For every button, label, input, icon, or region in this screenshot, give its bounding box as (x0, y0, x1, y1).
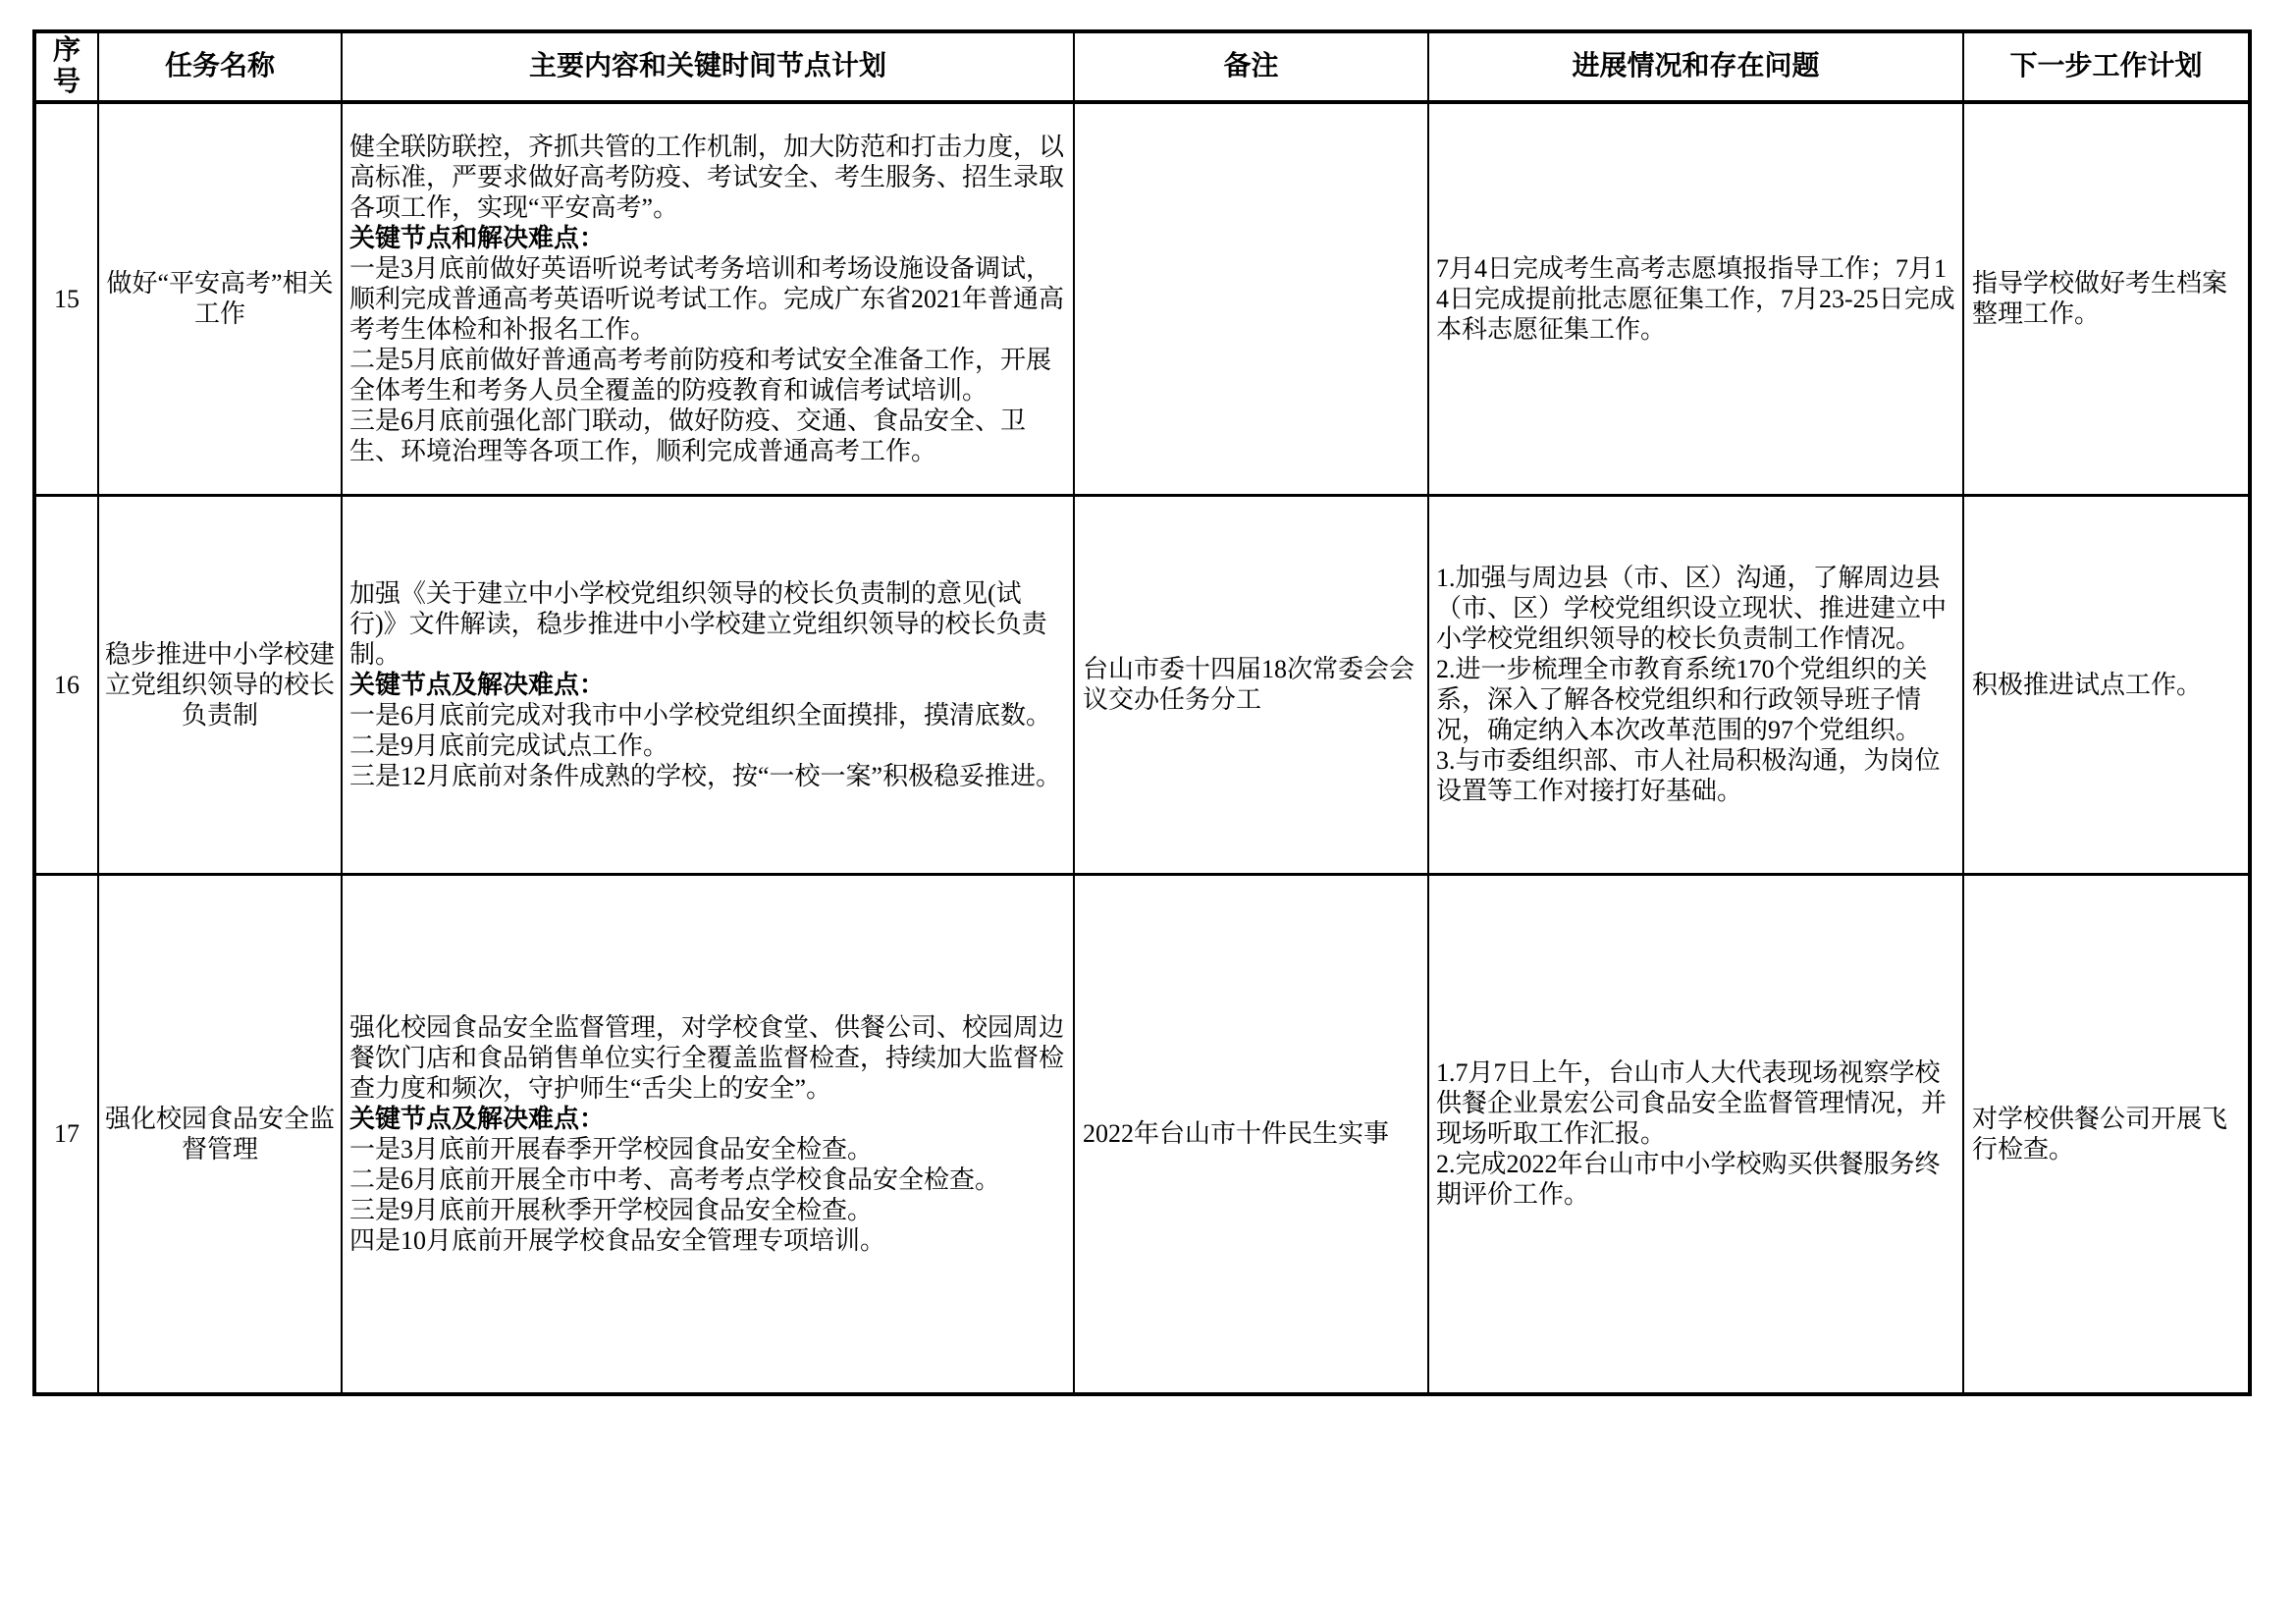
paragraph: 2.进一步梳理全市教育系统170个党组织的关系，深入了解各校党组织和行政领导班子… (1436, 654, 1955, 745)
row-17-task-name: 强化校园食品安全监督管理 (98, 874, 342, 1394)
header-cell-main-content: 主要内容和关键时间节点计划 (342, 31, 1074, 102)
table-row-16: 16 稳步推进中小学校建立党组织领导的校长负责制 加强《关于建立中小学校党组织领… (34, 495, 2250, 874)
paragraph: 一是3月底前开展春季开学校园食品安全检查。 (349, 1134, 1066, 1164)
row-17-index: 17 (34, 874, 98, 1394)
paragraph: 二是5月底前做好普通高考考前防疫和考试安全准备工作，开展全体考生和考务人员全覆盖… (349, 345, 1066, 406)
key-points-heading: 关键节点和解决难点： (349, 223, 1066, 253)
paragraph: 四是10月底前开展学校食品安全管理专项培训。 (349, 1225, 1066, 1256)
header-cell-task-name: 任务名称 (98, 31, 342, 102)
row-16-progress: 1.加强与周边县（市、区）沟通，了解周边县（市、区）学校党组织设立现状、推进建立… (1428, 495, 1963, 874)
paragraph: 一是6月底前完成对我市中小学校党组织全面摸排，摸清底数。 (349, 700, 1066, 731)
row-16-remark: 台山市委十四届18次常委会会议交办任务分工 (1074, 495, 1428, 874)
paragraph: 1.7月7日上午，台山市人大代表现场视察学校供餐企业景宏公司食品安全监督管理情况… (1436, 1057, 1955, 1149)
work-plan-table: 序号 任务名称 主要内容和关键时间节点计划 备注 进展情况和存在问题 下一步工作… (32, 29, 2252, 1396)
paragraph: 三是6月底前强化部门联动，做好防疫、交通、食品安全、卫生、环境治理等各项工作，顺… (349, 406, 1066, 466)
row-15-index: 15 (34, 102, 98, 495)
paragraph: 二是6月底前开展全市中考、高考考点学校食品安全检查。 (349, 1164, 1066, 1195)
row-16-main-content: 加强《关于建立中小学校党组织领导的校长负责制的意见(试行)》文件解读，稳步推进中… (342, 495, 1074, 874)
row-15-progress: 7月4日完成考生高考志愿填报指导工作；7月14日完成提前批志愿征集工作，7月23… (1428, 102, 1963, 495)
document-page: 序号 任务名称 主要内容和关键时间节点计划 备注 进展情况和存在问题 下一步工作… (0, 0, 2296, 1624)
paragraph: 2.完成2022年台山市中小学校购买供餐服务终期评价工作。 (1436, 1149, 1955, 1210)
row-17-main-content: 强化校园食品安全监督管理，对学校食堂、供餐公司、校园周边餐饮门店和食品销售单位实… (342, 874, 1074, 1394)
table-row-15: 15 做好“平安高考”相关工作 健全联防联控，齐抓共管的工作机制，加大防范和打击… (34, 102, 2250, 495)
header-cell-next-step: 下一步工作计划 (1963, 31, 2250, 102)
paragraph: 强化校园食品安全监督管理，对学校食堂、供餐公司、校园周边餐饮门店和食品销售单位实… (349, 1012, 1066, 1104)
paragraph: 一是3月底前做好英语听说考试考务培训和考场设施设备调试，顺利完成普通高考英语听说… (349, 253, 1066, 345)
paragraph: 1.加强与周边县（市、区）沟通，了解周边县（市、区）学校党组织设立现状、推进建立… (1436, 563, 1955, 654)
header-cell-remark: 备注 (1074, 31, 1428, 102)
paragraph: 二是9月底前完成试点工作。 (349, 731, 1066, 761)
table-row-17: 17 强化校园食品安全监督管理 强化校园食品安全监督管理，对学校食堂、供餐公司、… (34, 874, 2250, 1394)
header-cell-index: 序号 (34, 31, 98, 102)
paragraph: 三是9月底前开展秋季开学校园食品安全检查。 (349, 1195, 1066, 1225)
row-17-next-step: 对学校供餐公司开展飞行检查。 (1963, 874, 2250, 1394)
paragraph: 健全联防联控，齐抓共管的工作机制，加大防范和打击力度，以高标准，严要求做好高考防… (349, 132, 1066, 223)
paragraph: 三是12月底前对条件成熟的学校，按“一校一案”积极稳妥推进。 (349, 761, 1066, 791)
key-points-heading: 关键节点及解决难点： (349, 670, 1066, 700)
header-row: 序号 任务名称 主要内容和关键时间节点计划 备注 进展情况和存在问题 下一步工作… (34, 31, 2250, 102)
paragraph: 加强《关于建立中小学校党组织领导的校长负责制的意见(试行)》文件解读，稳步推进中… (349, 578, 1066, 670)
row-15-task-name: 做好“平安高考”相关工作 (98, 102, 342, 495)
paragraph: 3.与市委组织部、市人社局积极沟通，为岗位设置等工作对接打好基础。 (1436, 745, 1955, 806)
key-points-heading: 关键节点及解决难点： (349, 1104, 1066, 1134)
row-16-task-name: 稳步推进中小学校建立党组织领导的校长负责制 (98, 495, 342, 874)
row-15-remark (1074, 102, 1428, 495)
row-17-progress: 1.7月7日上午，台山市人大代表现场视察学校供餐企业景宏公司食品安全监督管理情况… (1428, 874, 1963, 1394)
header-cell-progress: 进展情况和存在问题 (1428, 31, 1963, 102)
row-16-index: 16 (34, 495, 98, 874)
row-17-remark: 2022年台山市十件民生实事 (1074, 874, 1428, 1394)
row-15-next-step: 指导学校做好考生档案整理工作。 (1963, 102, 2250, 495)
row-16-next-step: 积极推进试点工作。 (1963, 495, 2250, 874)
paragraph: 7月4日完成考生高考志愿填报指导工作；7月14日完成提前批志愿征集工作，7月23… (1436, 253, 1955, 345)
row-15-main-content: 健全联防联控，齐抓共管的工作机制，加大防范和打击力度，以高标准，严要求做好高考防… (342, 102, 1074, 495)
